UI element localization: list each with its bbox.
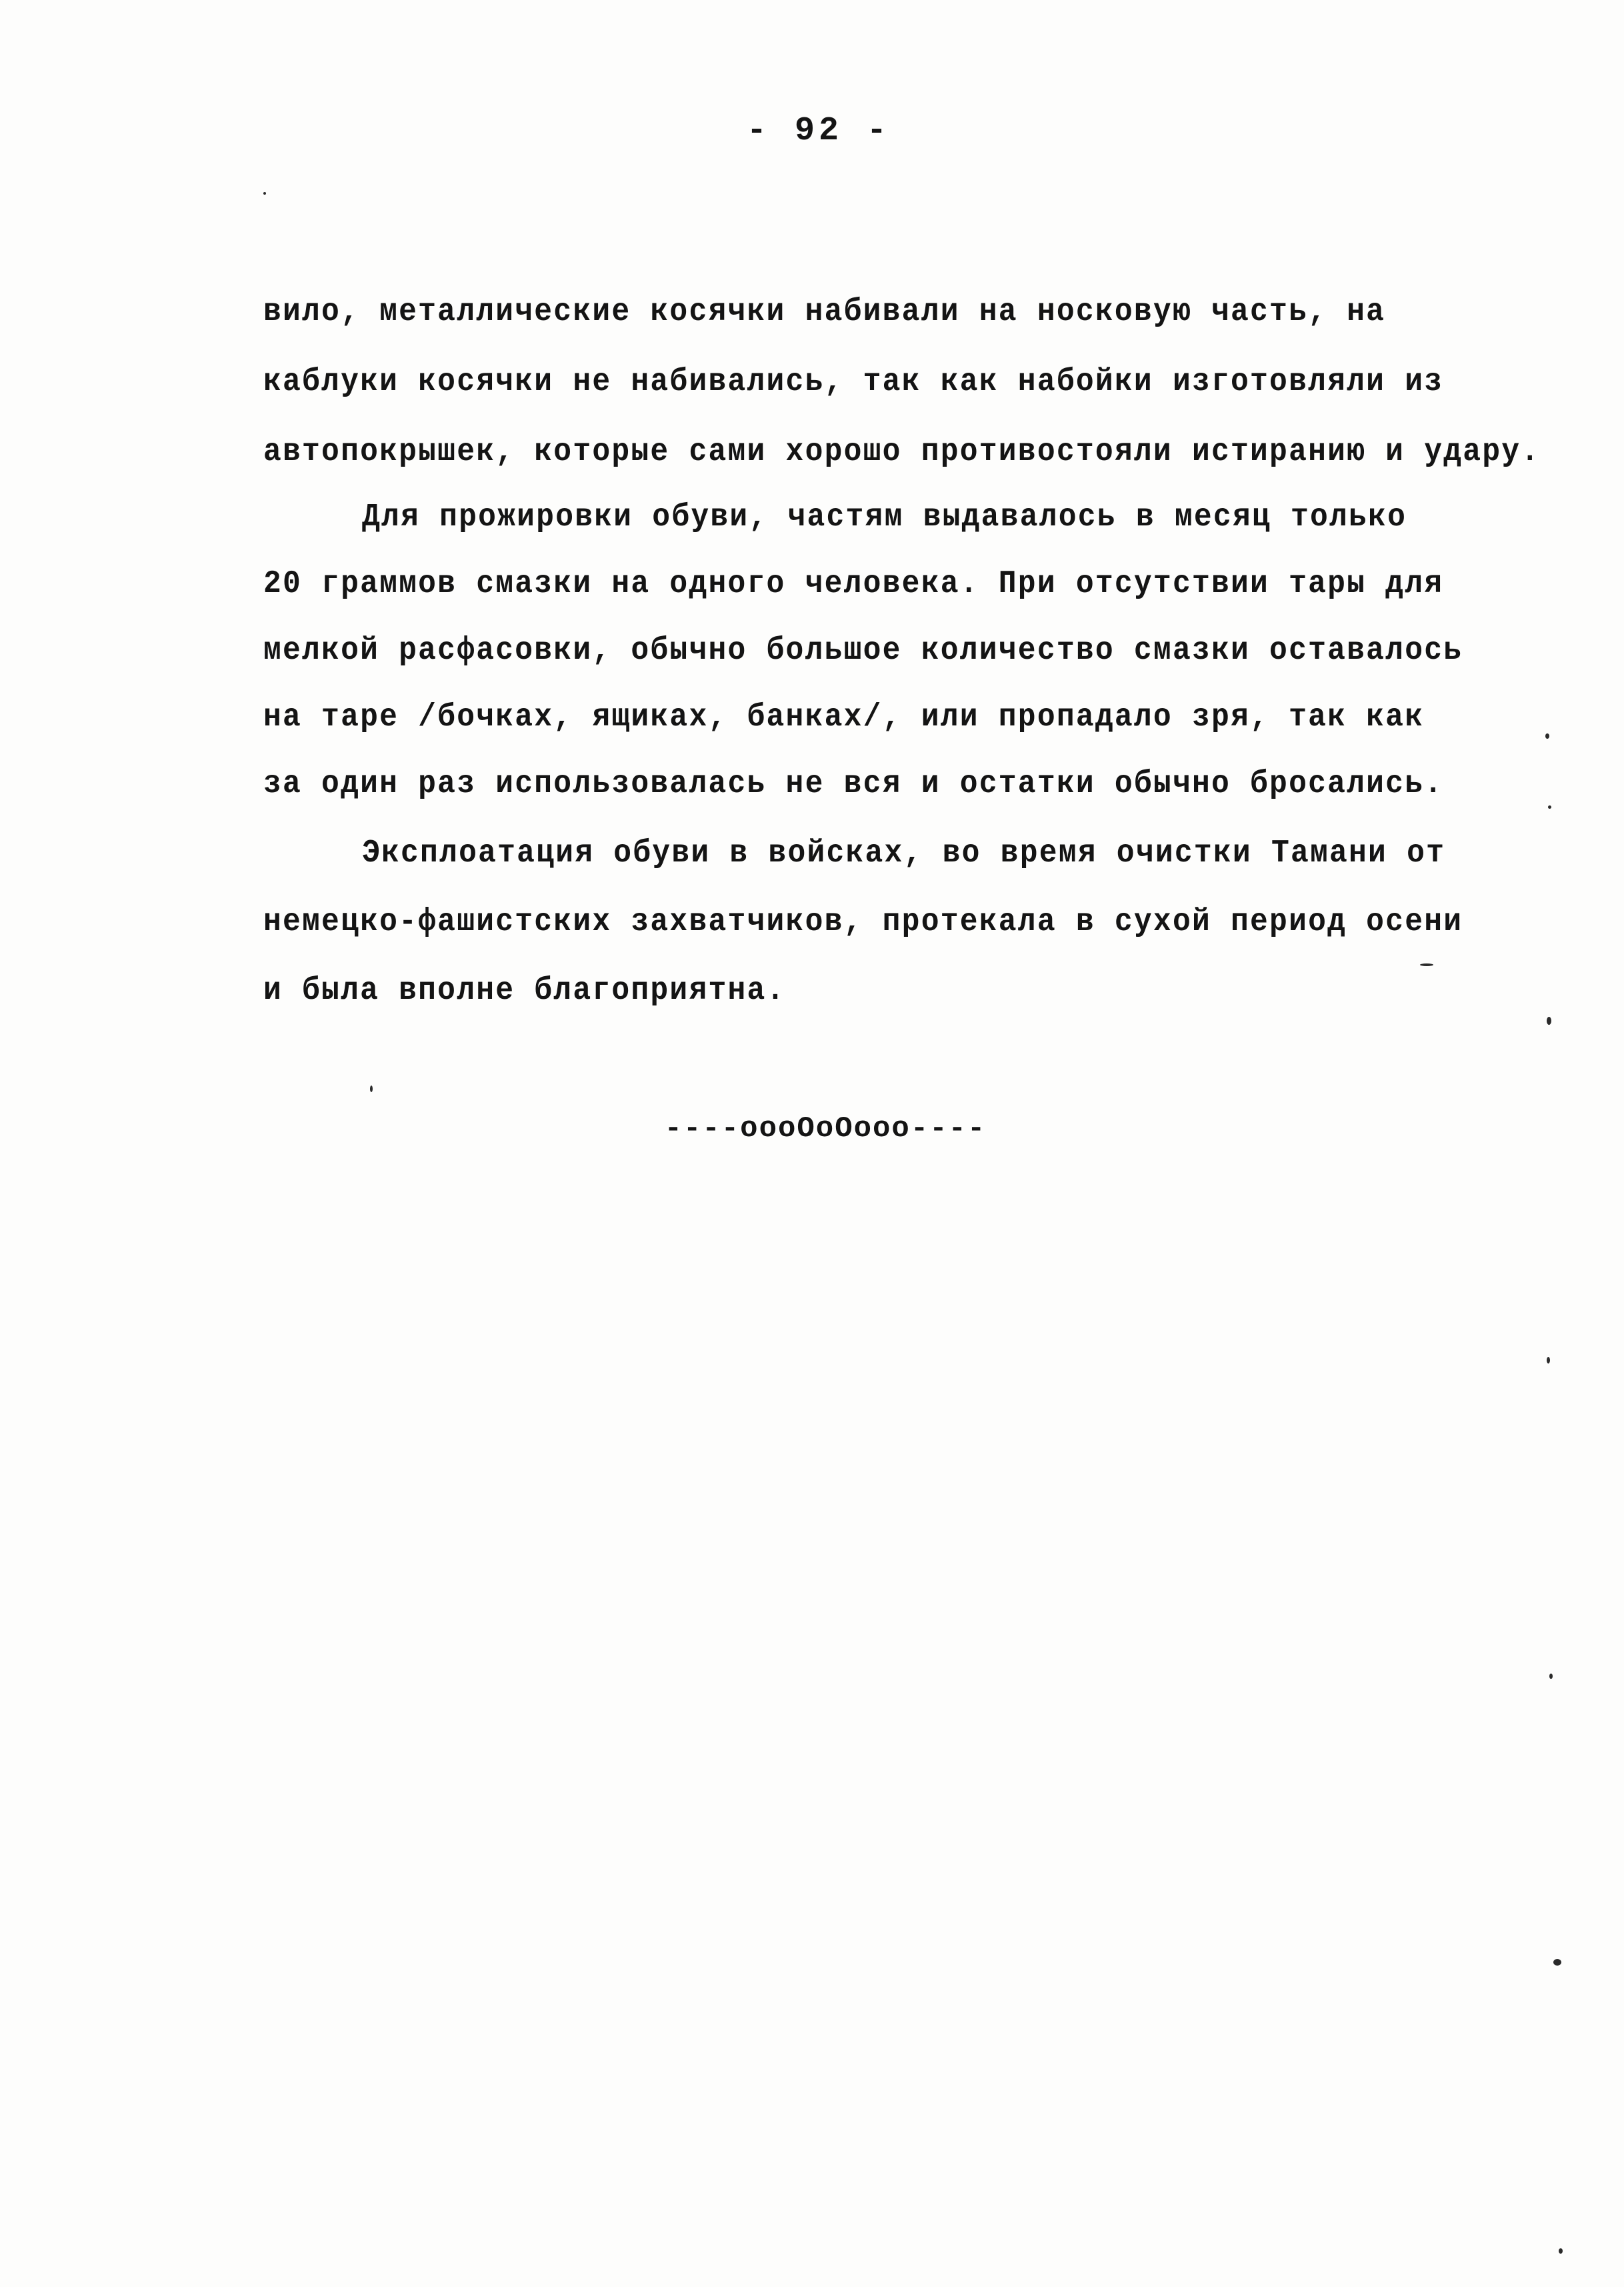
scan-speck xyxy=(370,1085,373,1092)
text-line: за один раз использовалась не вся и оста… xyxy=(263,764,1443,804)
scan-speck xyxy=(1549,1674,1553,1679)
scan-speck xyxy=(1545,733,1549,739)
scan-speck xyxy=(1559,2248,1563,2254)
scan-speck xyxy=(1553,1959,1561,1966)
document-page: - 92 - вило, металлические косячки набив… xyxy=(0,0,1624,2287)
text-line: на таре /бочках, ящиках, банках/, или пр… xyxy=(263,697,1424,737)
page-number: - 92 - xyxy=(0,112,1624,150)
text-line: и была вполне благоприятна. xyxy=(263,971,786,1011)
text-line: мелкой расфасовки, обычно большое количе… xyxy=(263,631,1463,671)
text-line: каблуки косячки не набивались, так как н… xyxy=(263,362,1443,402)
scan-speck xyxy=(1547,1017,1551,1025)
scan-speck xyxy=(1548,805,1551,809)
scan-speck xyxy=(1547,1357,1550,1364)
scan-speck xyxy=(263,192,266,195)
text-line: автопокрышек, которые сами хорошо против… xyxy=(263,432,1540,472)
text-line: 20 граммов смазки на одного человека. Пр… xyxy=(263,564,1443,604)
scan-speck xyxy=(1420,963,1433,966)
text-line: вило, металлические косячки набивали на … xyxy=(263,292,1385,332)
paragraph-first-line: Для прожировки обуви, частям выдавалось … xyxy=(362,497,1407,537)
paragraph-first-line: Эксплоатация обуви в войсках, во время о… xyxy=(362,833,1445,873)
text-line: немецко-фашистских захватчиков, протекал… xyxy=(263,902,1463,942)
section-separator: ----oooOoOooo---- xyxy=(0,1112,1624,1146)
